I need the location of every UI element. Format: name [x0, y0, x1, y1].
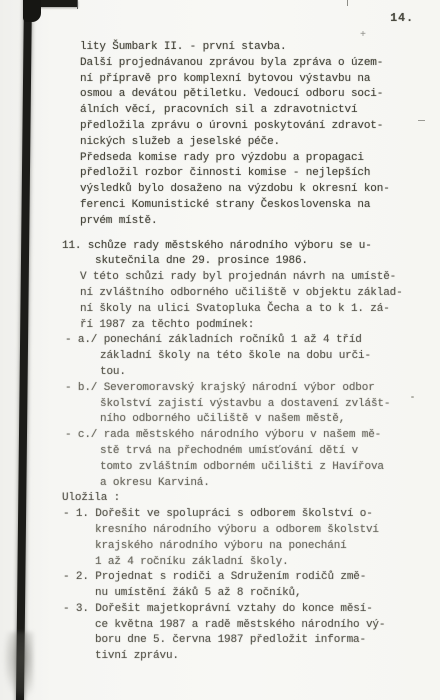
scan-speckle — [411, 396, 414, 398]
text-line: skutečnila dne 29. prosince 1986. — [95, 254, 403, 270]
text-line: a okresu Karviná. — [100, 476, 403, 492]
text-line: ří 1987 za těchto podmínek: — [80, 318, 403, 334]
text-line: osmou a devátou pětiletku. Vedoucí odbor… — [80, 87, 403, 103]
text-line: - a./ ponechání základních ročníků 1 až … — [65, 333, 403, 349]
page-number: 14. — [390, 12, 414, 25]
text-line: krajského národního výboru na ponechání — [95, 539, 403, 555]
text-line: boru dne 5. června 1987 předložit inform… — [95, 633, 403, 649]
text-line: lity Šumbark II. - první stavba. — [80, 40, 403, 56]
document-text-block: lity Šumbark II. - první stavba.Další pr… — [80, 40, 403, 665]
scan-dash-mark — [418, 120, 425, 121]
text-line: výsledků bylo dosaženo na výzdobu k okre… — [80, 182, 403, 198]
text-line: V této schůzi rady byl projednán návrh n… — [80, 270, 403, 286]
text-line: Předseda komise rady pro výzdobu a propa… — [80, 151, 403, 167]
text-line: kresního národního výboru a odborem škol… — [95, 523, 403, 539]
text-line: předložila zprávu o úrovni poskytování z… — [80, 119, 403, 135]
text-line: tivní zprávu. — [95, 649, 403, 665]
text-line: předložil rozbor činnosti komise - nejle… — [80, 166, 403, 182]
text-line: - 1. Dořešit ve spolupráci s odborem ško… — [63, 507, 403, 523]
text-line: ní školy na ulici Svatopluka Čecha a to … — [80, 302, 403, 318]
text-line: ního odborného učiliště v našem městě, — [100, 412, 403, 428]
text-line: tomto zvláštním odborném učilišti z Haví… — [100, 460, 403, 476]
scan-tick-mark — [77, 0, 78, 9]
text-line: Uložila : — [62, 491, 403, 507]
text-line: základní školy na této škole na dobu urč… — [100, 349, 403, 365]
text-line: 11. schůze rady městského národního výbo… — [62, 239, 403, 255]
text-line: tou. — [100, 365, 403, 381]
text-line: ce května 1987 a radě městského národníh… — [95, 618, 403, 634]
text-line: álních věcí, pracovních sil a zdravotnic… — [80, 103, 403, 119]
text-line: - 2. Projednat s rodiči a Sdružením rodi… — [63, 570, 403, 586]
text-line: stě trvá na přechodném umísťování dětí v — [100, 444, 403, 460]
text-line: ní zvláštního odborného učiliště v objek… — [80, 286, 403, 302]
scan-tick-mark — [347, 0, 348, 6]
scan-binding-band — [16, 0, 32, 700]
text-line: nických služeb a jeselské péče. — [80, 135, 403, 151]
text-line: Další projednávanou zprávou byla zpráva … — [80, 56, 403, 72]
scan-corner-blob — [23, 0, 41, 22]
text-line: prvém místě. — [80, 214, 403, 230]
text-line: ní přípravě pro komplexní bytovou výstav… — [80, 72, 403, 88]
text-line: 1 až 4 ročníku základní školy. — [95, 555, 403, 571]
text-line: - 3. Dořešit majetkoprávní vztahy do kon… — [63, 602, 403, 618]
text-line: školství zajistí výstavbu a dostavení zv… — [100, 397, 403, 413]
scanned-document-page: + 14. lity Šumbark II. - první stavba.Da… — [0, 0, 440, 700]
text-line: - c./ rada městského národního výboru v … — [65, 428, 403, 444]
text-line: - b./ Severomoravský krajský národní výb… — [65, 381, 403, 397]
text-line: ferenci Komunistické strany Českoslovens… — [80, 198, 403, 214]
text-line: nu umístění žáků 5 až 8 ročníků, — [95, 586, 403, 602]
scan-smudge — [5, 632, 33, 696]
